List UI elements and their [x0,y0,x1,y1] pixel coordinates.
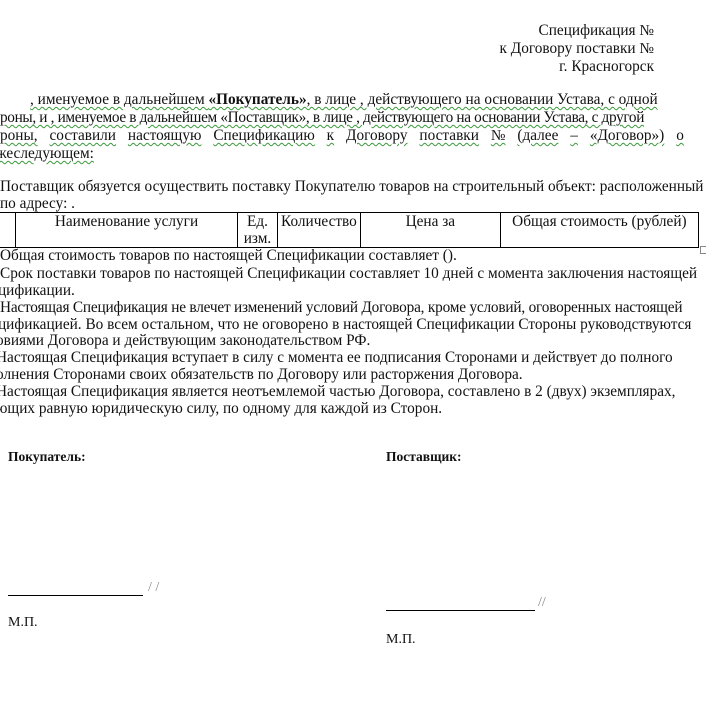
preamble-line-1[interactable]: , именуемое в дальнейшем «Покупатель», в… [30,91,658,109]
preamble-line-2[interactable]: роны, и , именуемое в дальнейшем «Постав… [0,109,684,127]
preamble-text: , в лице , действующего на основании Уст… [307,91,658,108]
table-header-name: Наименование услуги [16,213,238,248]
preamble-word: к [327,127,334,145]
delivery-line-2[interactable]: по адресу: . [0,195,75,213]
clause-line[interactable]: Срок поставки товаров по настоящей Специ… [0,265,697,283]
buyer-signature-label: Покупатель: [8,449,86,465]
contract-reference: к Договору поставки № [500,40,655,58]
preamble-text: , именуемое в дальнейшем [30,91,208,108]
table-header-row: Наименование услуги Ед. изм. Количество … [0,213,699,248]
table-header-price: Цена за [360,213,500,248]
table-header-index [0,213,16,248]
buyer-term: «Покупатель» [208,91,306,108]
supplier-signature-label: Поставщик: [386,449,462,465]
buyer-signature-slash: / / [148,580,159,596]
preamble-word: о [676,127,684,145]
supplier-signature-line[interactable] [386,610,535,611]
preamble-word: составили [50,127,117,145]
clause-line[interactable]: Настоящая Спецификация вступает в силу с… [0,349,673,367]
preamble-word: № [491,127,506,145]
clause-line[interactable]: цификации. [0,282,75,300]
clause-line[interactable]: олнения Сторонами своих обязательств по … [0,366,523,384]
document-header: Спецификация № к Договору поставки № г. … [500,22,655,76]
preamble-line-3[interactable]: роны,составилинастоящуюСпецификациюкДого… [0,127,684,145]
spec-table[interactable]: Наименование услуги Ед. изм. Количество … [0,212,699,248]
table-resize-handle[interactable] [700,246,706,254]
table-header-quantity: Количество [278,213,361,248]
table-header-total: Общая стоимость (рублей) [500,213,698,248]
buyer-signature-line[interactable] [8,595,143,596]
delivery-line-1[interactable]: Поставщик обязуется осуществить поставку… [0,178,703,196]
clause-text: Общая стоимость товаров по настоящей Спе… [0,247,457,264]
clause-line[interactable]: овиями Договора и действующим законодате… [0,332,370,350]
clause-line[interactable]: Общая стоимость товаров по настоящей Спе… [0,247,457,265]
supplier-stamp: М.П. [386,632,416,648]
preamble-word: поставки [419,127,479,145]
preamble-word: «Договор») [590,127,664,145]
clause-line[interactable]: ющих равную юридическую силу, по одному … [0,400,442,418]
buyer-stamp: М.П. [8,615,38,631]
city: г. Красногорск [500,58,655,76]
clause-line[interactable]: Настоящая Спецификация не влечет изменен… [0,299,682,317]
price-header-text: Цена за [406,213,455,230]
preamble-word: настоящую [128,127,202,145]
table-header-unit: Ед. изм. [238,213,278,248]
spec-title: Спецификация № [500,22,655,40]
preamble-word: – [570,127,578,145]
clause-line[interactable]: Настоящая Спецификация является неотъемл… [0,383,676,401]
preamble-word: роны, [0,127,38,145]
preamble-line-4[interactable]: жеследующем: [0,145,94,163]
preamble-word: Договору [346,127,408,145]
supplier-signature-slash: // [538,595,546,611]
preamble-word: (далее [517,127,558,145]
preamble-word: Спецификацию [213,127,314,145]
